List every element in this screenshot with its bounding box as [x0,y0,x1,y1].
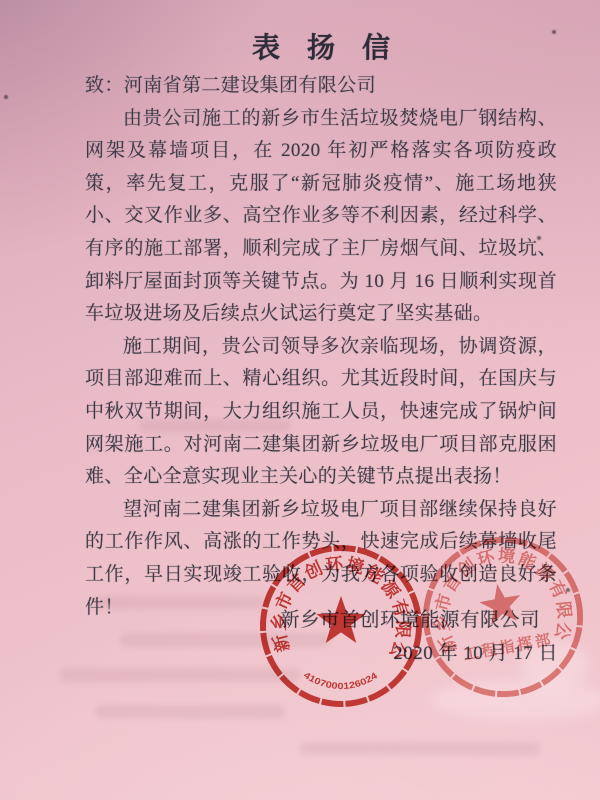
signature-date: 2020 年 10 月 17 日 [393,638,558,665]
bleedthrough-smudge [60,668,300,682]
svg-text:4107000126024: 4107000126024 [302,670,379,691]
bleedthrough-smudge [300,742,540,755]
letter-title: 表 扬 信 [85,26,557,66]
paragraph-2: 施工期间，贵公司领导多次亲临现场，协调资源，项目部迎难而上、精心组织。尤其近段时… [85,331,557,494]
seal-serial-number: 4107000126024 [302,670,379,691]
scan-speck [4,95,8,99]
signature-company: 新乡市首创环境能源有限公司 [280,604,540,632]
bleedthrough-smudge [95,705,285,718]
letter-body: 致：河南省第二建设集团有限公司 由贵公司施工的新乡市生活垃圾焚烧电厂钢结构、网架… [85,70,557,624]
scanned-letter-photo: 表 扬 信 致：河南省第二建设集团有限公司 由贵公司施工的新乡市生活垃圾焚烧电厂… [0,0,600,800]
scan-speck [566,588,570,592]
paragraph-1: 由贵公司施工的新乡市生活垃圾焚烧电厂钢结构、网架及幕墙项目，在 2020 年初严… [85,103,557,331]
bleedthrough-smudge [120,633,330,647]
paper-highlight [430,680,600,720]
recipient-line: 致：河南省第二建设集团有限公司 [85,70,557,103]
